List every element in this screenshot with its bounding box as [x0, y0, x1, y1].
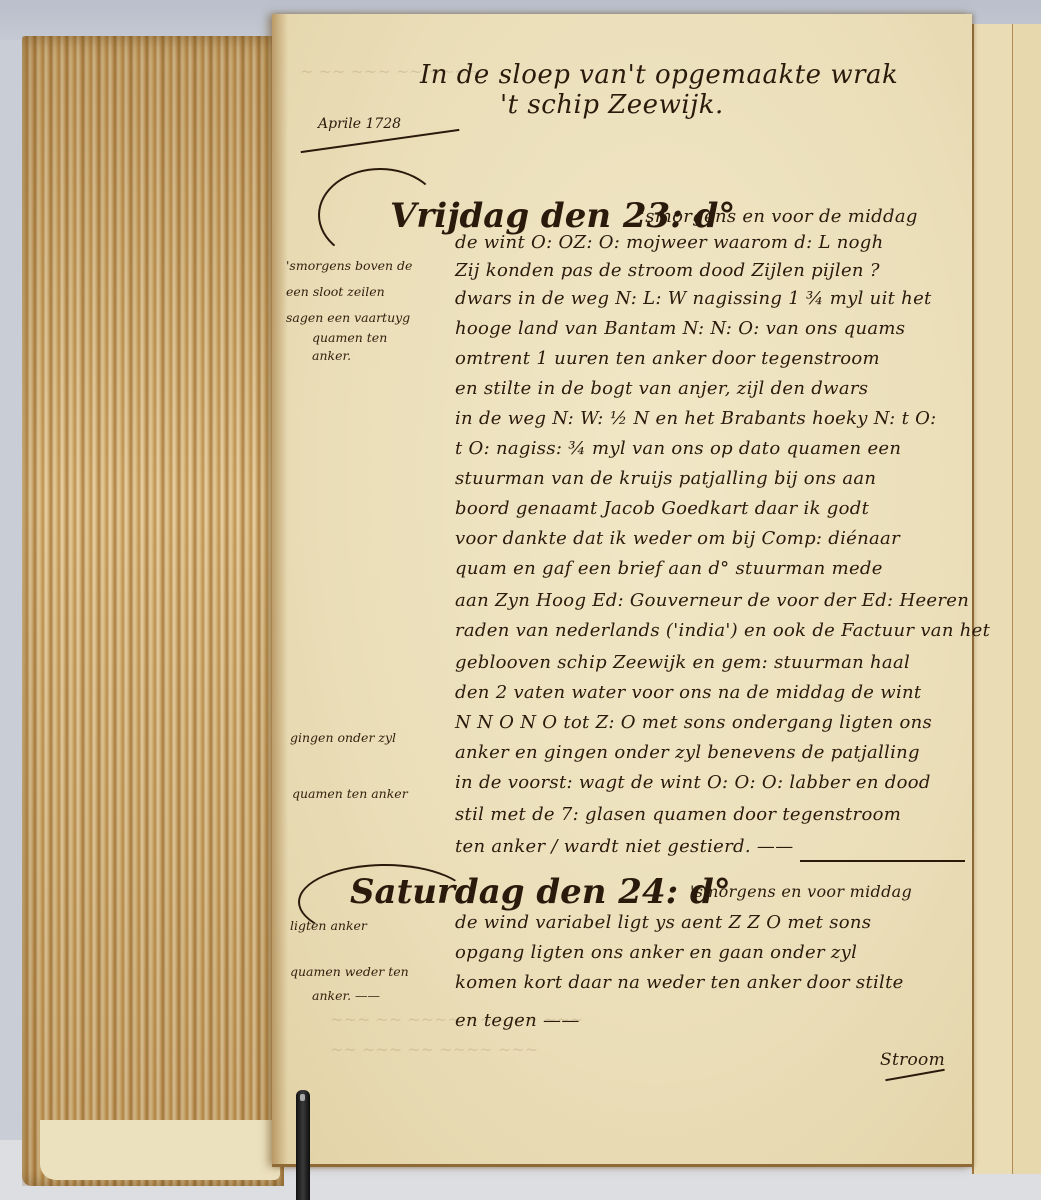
log-line: dwars in de weg N: L: W nagissing 1 ¾ my… — [455, 288, 932, 309]
right-facing-page — [972, 24, 1014, 1174]
log-line: N N O N O tot Z: O met sons ondergang li… — [455, 712, 932, 733]
margin-note: een sloot zeilen — [286, 284, 385, 299]
log-line: en stilte in de bogt van anjer, zijl den… — [455, 378, 868, 399]
margin-note: 'smorgens boven de — [286, 258, 412, 273]
margin-note: ligten anker — [290, 918, 367, 933]
log-line: opgang ligten ons anker en gaan onder zy… — [455, 942, 857, 963]
margin-note: quamen weder ten — [290, 964, 409, 979]
log-line: 'smorgens en voor de middag — [640, 206, 918, 227]
log-line: geblooven schip Zeewijk en gem: stuurman… — [455, 652, 910, 673]
entry-end-rule — [800, 860, 965, 862]
log-line: Zij konden pas de stroom dood Zijlen pij… — [455, 260, 880, 281]
log-line: voor dankte dat ik weder om bij Comp: di… — [455, 528, 900, 549]
log-line: 'smorgens en voor middag — [690, 882, 912, 901]
margin-note: quamen ten anker — [292, 786, 408, 801]
log-line: den 2 vaten water voor ons na de middag … — [455, 682, 921, 703]
page-stack-foot — [40, 1120, 280, 1180]
log-line: stuurman van de kruijs patjalling bij on… — [455, 468, 876, 489]
page-gutter-shadow — [272, 14, 288, 1164]
log-line: en tegen —— — [455, 1010, 580, 1031]
right-facing-page-edge — [1012, 24, 1041, 1174]
log-line: anker en gingen onder zyl benevens de pa… — [455, 742, 920, 763]
margin-note: anker. —— — [312, 988, 380, 1003]
log-line: ten anker / wardt niet gestierd. —— — [455, 836, 794, 857]
date-note: Aprile 1728 — [318, 116, 401, 132]
margin-note: gingen onder zyl — [290, 730, 396, 745]
book-stand-support — [296, 1090, 310, 1200]
signature: Stroom — [880, 1050, 945, 1070]
log-line: omtrent 1 uuren ten anker door tegenstro… — [455, 348, 880, 369]
log-line: hooge land van Bantam N: N: O: van ons q… — [455, 318, 905, 339]
day-heading-saturday: Saturdag den 24: d° — [350, 872, 731, 912]
log-line: de wind variabel ligt ys aent Z Z O met … — [455, 912, 871, 933]
log-line: quam en gaf een brief aan d° stuurman me… — [455, 558, 883, 579]
log-line: in de voorst: wagt de wint O: O: O: labb… — [455, 772, 931, 793]
log-line: de wint O: OZ: O: mojweer waarom d: L no… — [455, 232, 884, 253]
log-title-line-2: 't schip Zeewijk. — [500, 90, 724, 120]
bleed-through: ~~ ~~~ ~~ ~~~~ ~~~ — [330, 1040, 538, 1059]
margin-note: quamen ten — [312, 330, 387, 345]
log-line: stil met de 7: glasen quamen door tegens… — [455, 804, 901, 825]
log-title-line-1: In de sloep van't opgemaakte wrak — [420, 60, 898, 90]
log-line: aan Zyn Hoog Ed: Gouverneur de voor der … — [455, 590, 969, 611]
margin-note: anker. — [312, 348, 351, 363]
log-line: raden van nederlands ('india') en ook de… — [455, 620, 990, 641]
margin-note: sagen een vaartuyg — [286, 310, 410, 325]
log-line: boord genaamt Jacob Goedkart daar ik god… — [455, 498, 869, 519]
log-line: in de weg N: W: ½ N en het Brabants hoek… — [455, 408, 937, 429]
log-line: t O: nagiss: ¾ myl van ons op dato quame… — [455, 438, 901, 459]
page-edges-stack — [22, 36, 284, 1186]
log-line: komen kort daar na weder ten anker door … — [455, 972, 904, 993]
